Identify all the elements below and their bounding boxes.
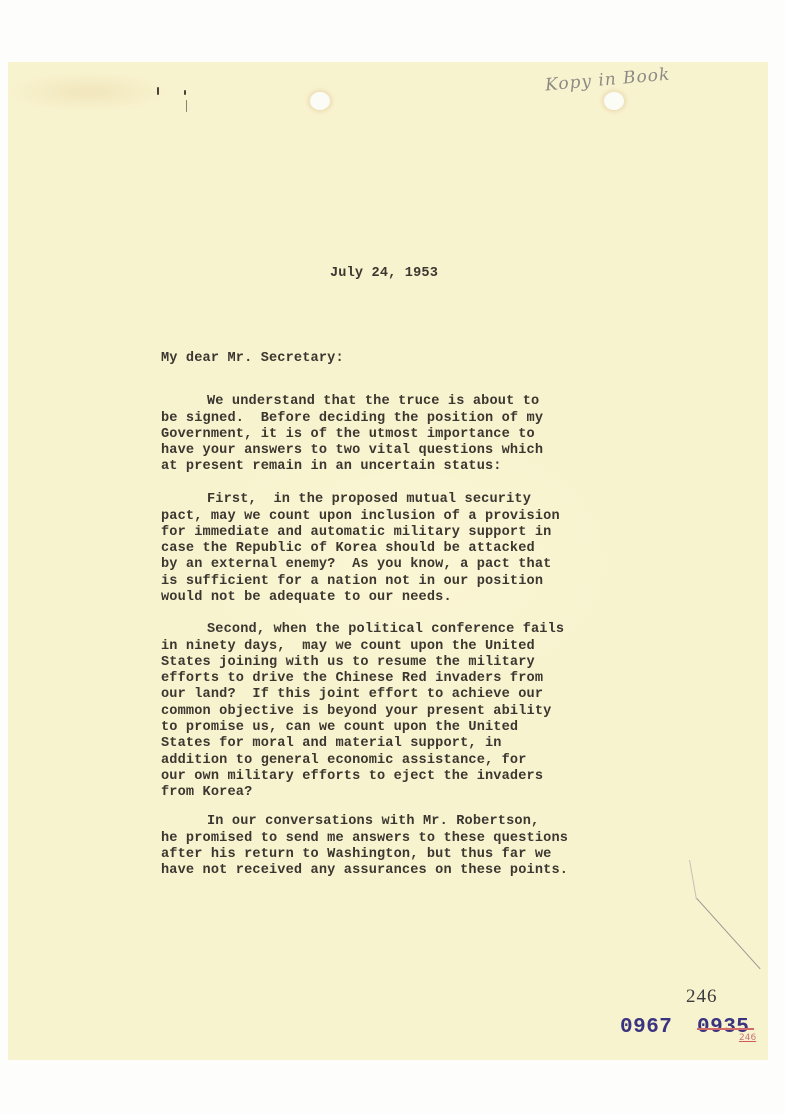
text-line: have not received any assurances on thes… xyxy=(161,863,568,878)
letter-date: July 24, 1953 xyxy=(330,266,438,282)
stamp-number: 0967 xyxy=(620,1016,672,1039)
text-line: In our conversations with Mr. Robertson, xyxy=(207,814,539,829)
text-line: our own military efforts to eject the in… xyxy=(161,769,543,784)
punch-hole xyxy=(310,92,330,110)
text-line: for immediate and automatic military sup… xyxy=(161,525,551,540)
punch-hole xyxy=(604,92,624,110)
text-line: efforts to drive the Chinese Red invader… xyxy=(161,671,543,686)
text-line: have your answers to two vital questions… xyxy=(161,443,543,458)
ink-speck xyxy=(157,87,159,95)
paragraph-3: Second, when the political conference fa… xyxy=(161,606,564,802)
text-line: he promised to send me answers to these … xyxy=(161,831,568,846)
text-line: to promise us, can we count upon the Uni… xyxy=(161,720,518,735)
text-line: pact, may we count upon inclusion of a p… xyxy=(161,509,560,524)
text-line: case the Republic of Korea should be att… xyxy=(161,541,535,556)
text-line: is sufficient for a nation not in our po… xyxy=(161,574,543,589)
paragraph-4: In our conversations with Mr. Robertson,… xyxy=(161,798,568,879)
paragraph-2: First, in the proposed mutual security p… xyxy=(161,476,560,606)
text-line: addition to general economic assistance,… xyxy=(161,753,527,768)
paragraph-1: We understand that the truce is about to… xyxy=(161,378,543,476)
text-line: First, in the proposed mutual security xyxy=(207,492,531,507)
salutation: My dear Mr. Secretary: xyxy=(161,351,344,367)
text-line: at present remain in an uncertain status… xyxy=(161,459,502,474)
text-line: be signed. Before deciding the position … xyxy=(161,411,543,426)
text-line: States for moral and material support, i… xyxy=(161,736,502,751)
correction-note: 246 xyxy=(739,1033,756,1043)
strikethrough-line xyxy=(697,1028,754,1030)
text-line: our land? If this joint effort to achiev… xyxy=(161,687,543,702)
text-line: would not be adequate to our needs. xyxy=(161,590,452,605)
text-line: Government, it is of the utmost importan… xyxy=(161,427,535,442)
page-number: 246 xyxy=(686,986,718,1008)
text-line: in ninety days, may we count upon the Un… xyxy=(161,639,535,654)
text-line: We understand that the truce is about to xyxy=(207,394,539,409)
ink-speck xyxy=(184,90,186,95)
ink-speck xyxy=(186,100,187,112)
text-line: States joining with us to resume the mil… xyxy=(161,655,535,670)
text-line: by an external enemy? As you know, a pac… xyxy=(161,557,551,572)
text-line: after his return to Washington, but thus… xyxy=(161,847,551,862)
text-line: common objective is beyond your present … xyxy=(161,704,551,719)
text-line: Second, when the political conference fa… xyxy=(207,622,564,637)
